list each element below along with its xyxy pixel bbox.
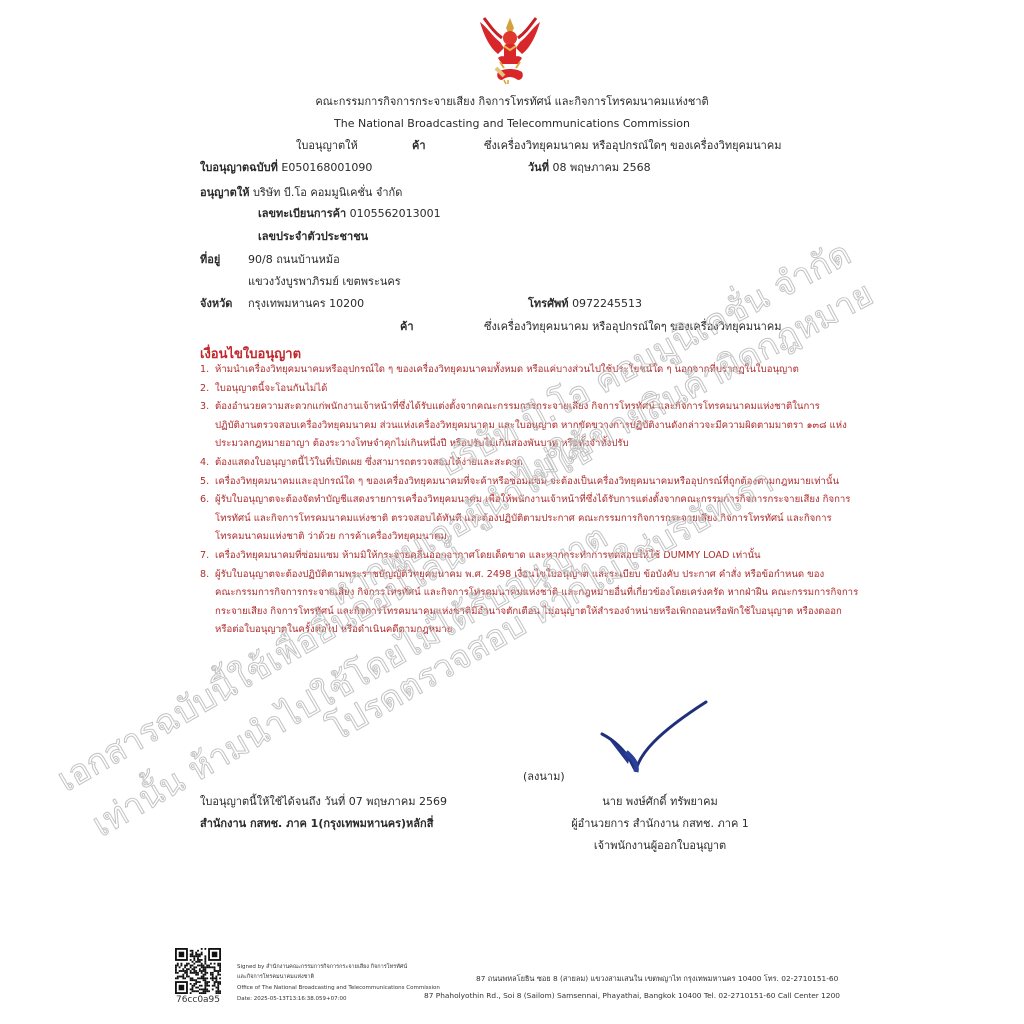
license-type-label-2: ค้า: [400, 320, 414, 334]
condition-text: ใบอนุญาตนี้จะโอนกันไม่ได้: [212, 383, 327, 394]
signed-office: Office of The National Broadcasting and …: [237, 984, 440, 992]
license-number-row: ใบอนุญาตฉบับที่ E050168001090: [200, 161, 372, 175]
conditions-title: เงื่อนไขใบอนุญาต: [200, 343, 301, 364]
registration-row: เลขทะเบียนการค้า 0105562013001: [258, 207, 441, 221]
signature-image: [596, 698, 712, 780]
citizen-id-label: เลขประจำตัวประชาชน: [258, 230, 368, 244]
address-line-2: แขวงวังบูรพาภิรมย์ เขตพระนคร: [248, 275, 401, 289]
condition-number: 4.: [200, 457, 212, 469]
condition-number: 8.: [200, 569, 212, 581]
condition-number: 1.: [200, 364, 212, 376]
grantee-label: อนุญาตให้: [200, 186, 249, 199]
phone-row: โทรศัพท์ 0972245513: [528, 297, 642, 311]
org-name-thai: คณะกรรมการกิจการกระจายเสียง กิจการโทรทัศ…: [0, 95, 1024, 109]
signer-name: นาย พงษ์ศักดิ์ ทรัพยาคม: [530, 795, 790, 809]
condition-number: 6.: [200, 494, 212, 506]
license-date: 08 พฤษภาคม 2568: [552, 161, 650, 174]
footer-address-english: 87 Phaholyothin Rd., Soi 8 (Sailom) Sams…: [424, 991, 840, 1001]
license-number-label: ใบอนุญาตฉบับที่: [200, 161, 278, 174]
condition-number: 2.: [200, 383, 212, 395]
signed-date: Date: 2025-05-13T13:16:38.059+07:00: [237, 995, 346, 1003]
phone-label: โทรศัพท์: [528, 297, 569, 310]
footer-address-thai: 87 ถนนพหลโยธิน ซอย 8 (สายลม) แขวงสามเสนใ…: [476, 974, 838, 984]
garuda-emblem-icon: [478, 14, 542, 86]
signed-by-line-2: และกิจการโทรคมนาคมแห่งชาติ: [237, 973, 314, 981]
registration-number: 0105562013001: [350, 207, 441, 220]
condition-number: 5.: [200, 476, 212, 488]
province-value: กรุงเทพมหานคร 10200: [248, 297, 364, 311]
address-label: ที่อยู่: [200, 253, 220, 267]
qr-code-icon[interactable]: [175, 948, 221, 994]
license-date-label: วันที่: [528, 161, 549, 174]
signed-by-line-1: Signed by สำนักงานคณะกรรมการกิจการกระจาย…: [237, 963, 407, 971]
condition-number: 7.: [200, 550, 212, 562]
signer-title: ผู้อำนวยการ สำนักงาน กสทช. ภาค 1: [530, 817, 790, 831]
qr-code-id: 76cc0a95: [168, 995, 228, 1005]
license-number: E050168001090: [281, 161, 372, 174]
license-granted-label: ใบอนุญาตให้: [296, 139, 358, 153]
license-type-label: ค้า: [412, 139, 426, 153]
condition-item: 2. ใบอนุญาตนี้จะโอนกันไม่ได้: [200, 383, 327, 395]
condition-number: 3.: [200, 401, 212, 413]
license-date-row: วันที่ 08 พฤษภาคม 2568: [528, 161, 651, 175]
grantee-row: อนุญาตให้ บริษัท บี.โอ คอมมูนิเคชั่น จำก…: [200, 186, 402, 200]
signer-role: เจ้าพนักงานผู้ออกใบอนุญาต: [530, 839, 790, 853]
registration-label: เลขทะเบียนการค้า: [258, 207, 346, 220]
phone-number: 0972245513: [572, 297, 642, 310]
sign-label: (ลงนาม): [523, 770, 565, 784]
province-label: จังหวัด: [200, 297, 232, 311]
issuing-office: สำนักงาน กสทช. ภาค 1(กรุงเทพมหานคร)หลักส…: [200, 817, 433, 831]
grantee-name: บริษัท บี.โอ คอมมูนิเคชั่น จำกัด: [253, 186, 402, 199]
valid-until: ใบอนุญาตนี้ให้ใช้ได้จนถึง วันที่ 07 พฤษภ…: [200, 795, 447, 809]
org-name-english: The National Broadcasting and Telecommun…: [0, 117, 1024, 131]
address-line-1: 90/8 ถนนบ้านหม้อ: [248, 253, 340, 267]
license-type-desc: ซึ่งเครื่องวิทยุคมนาคม หรืออุปกรณ์ใดๆ ขอ…: [484, 139, 781, 153]
